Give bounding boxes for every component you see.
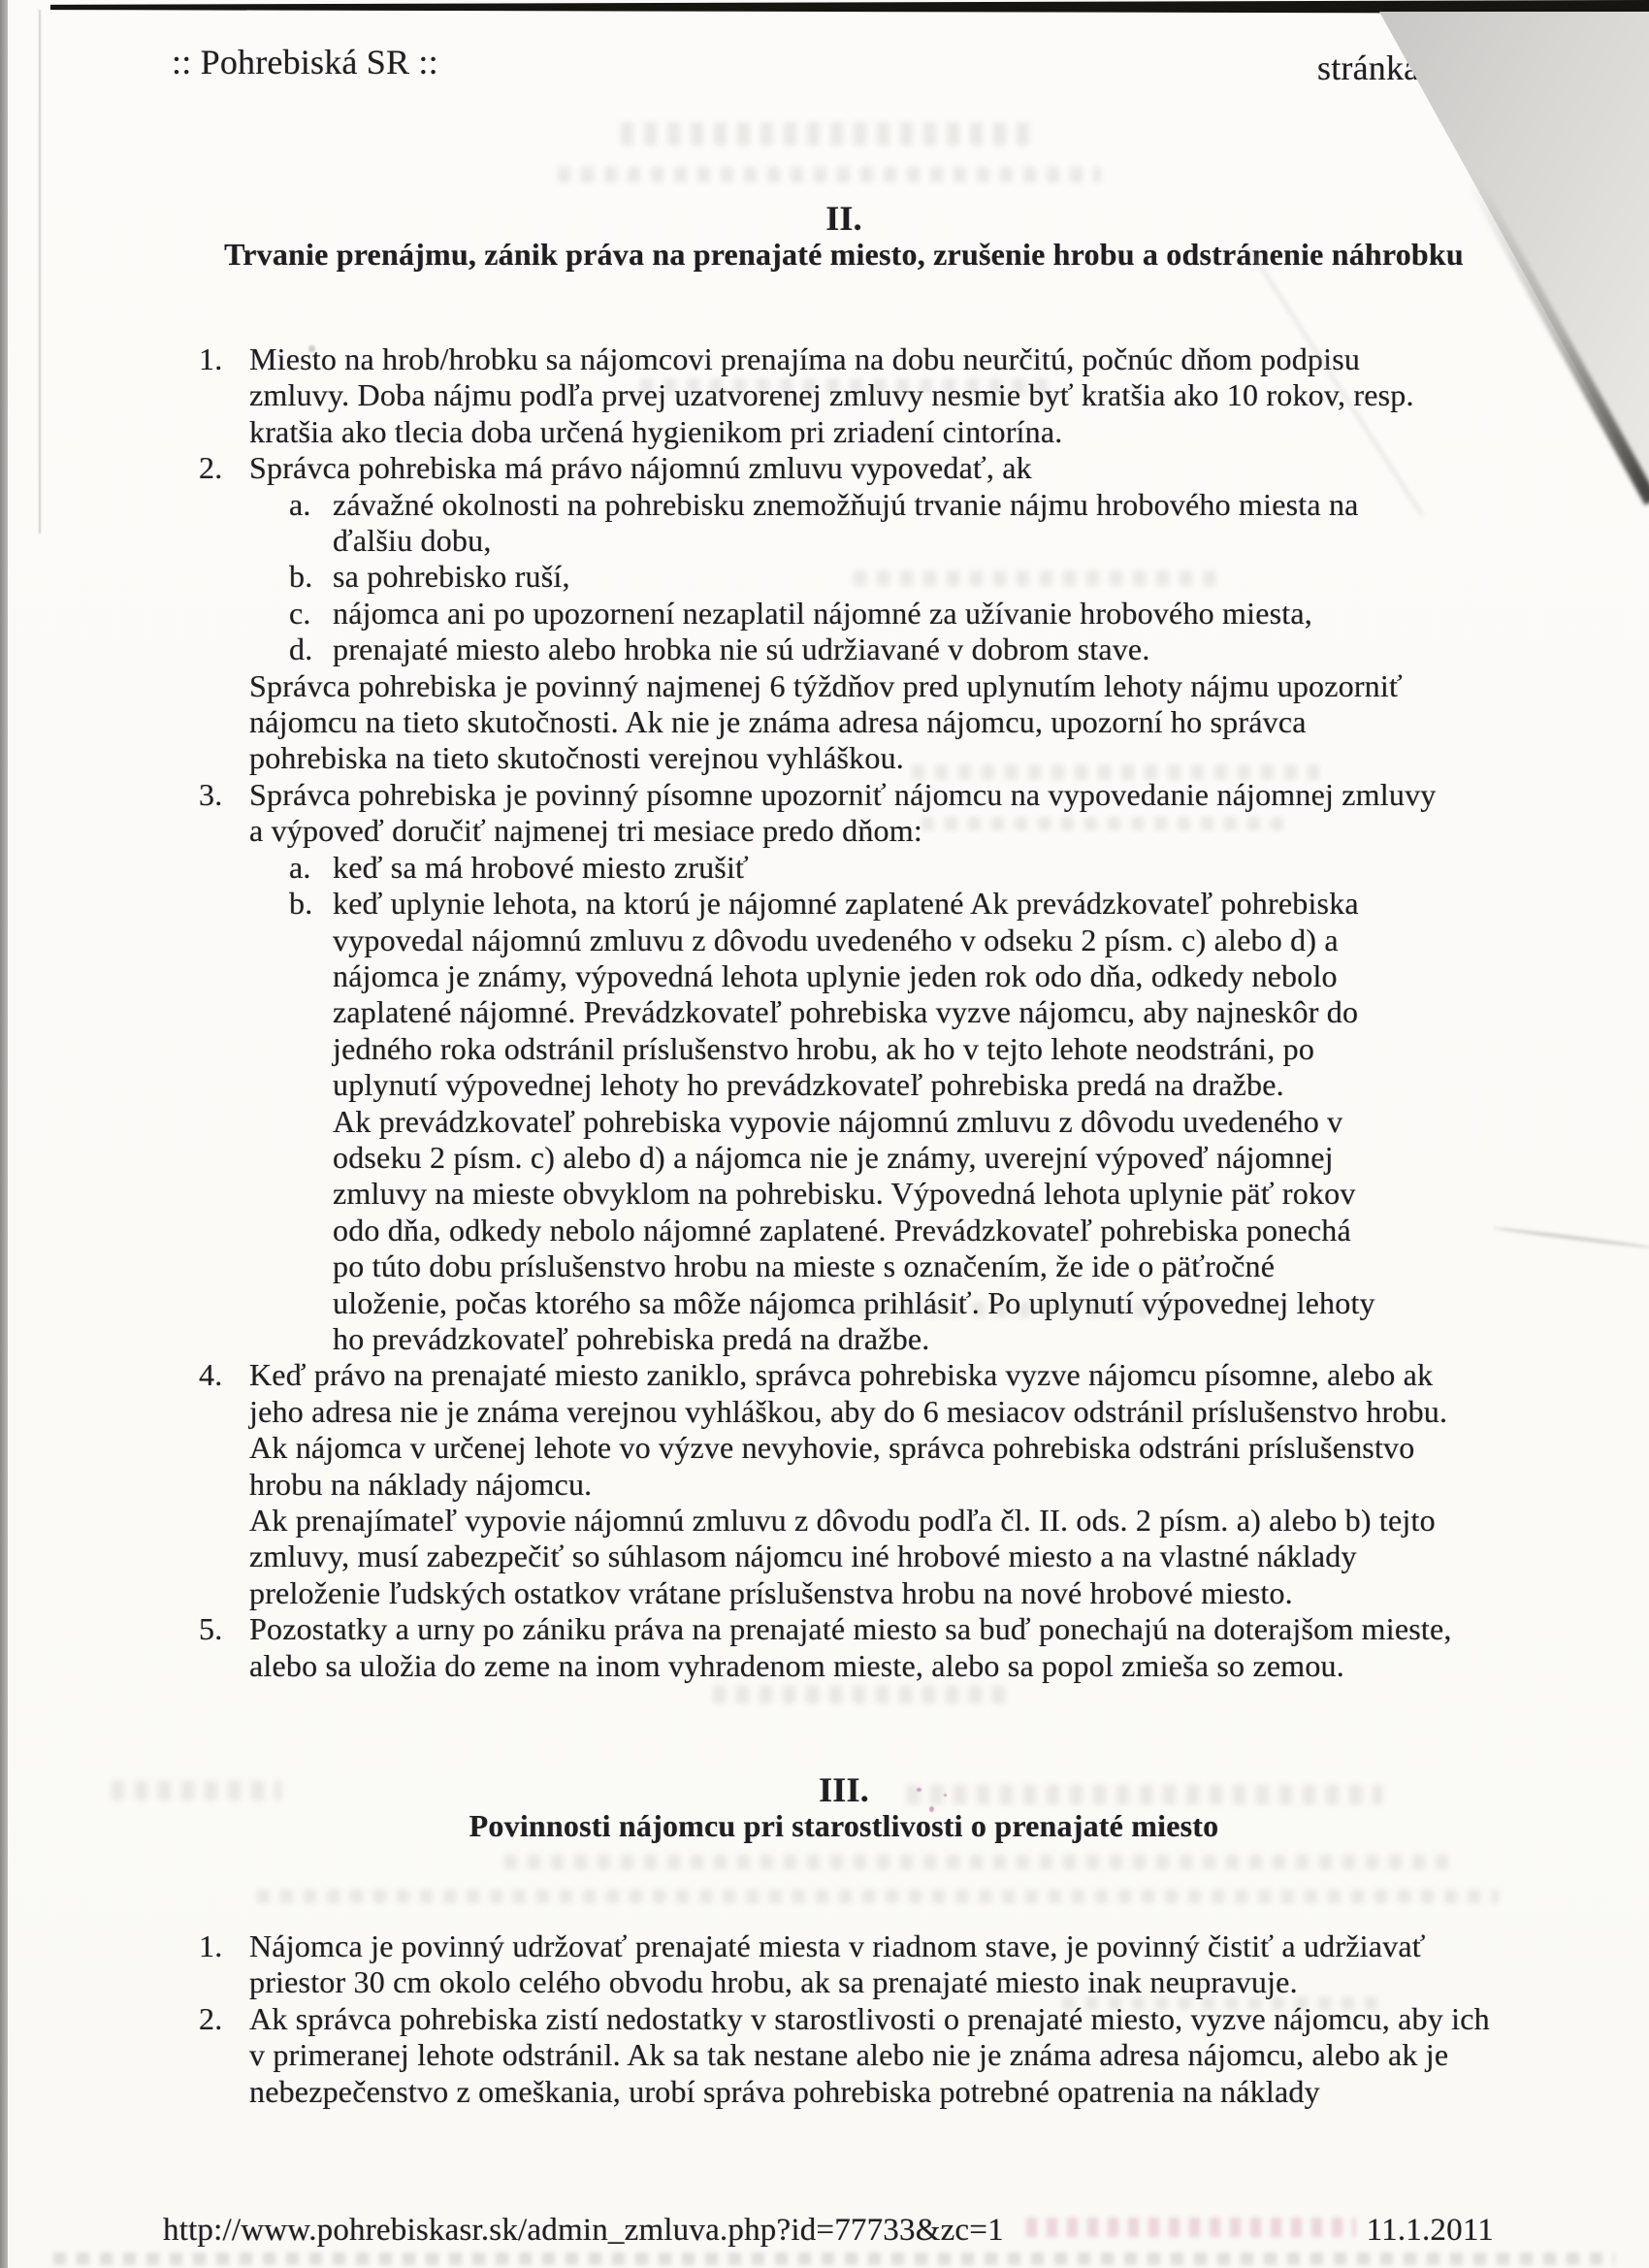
item-text: Nájomca je povinný udržovať prenajaté mi… (249, 1928, 1510, 2001)
underlying-paper-edge (39, 10, 41, 534)
item-marker: c. (289, 596, 333, 632)
bleed-through-artifact (504, 1855, 1455, 1869)
item-text: keď uplynie lehota, na ktorú je nájomné … (333, 886, 1385, 1103)
section-ii-title: Trvanie prenájmu, zánik práva na prenaja… (19, 237, 1649, 272)
scanner-edge-left (0, 0, 8, 2268)
site-header-label: :: Pohrebiská SR :: (172, 43, 438, 81)
item-text: Ak prevádzkovateľ pohrebiska vypovie náj… (333, 1104, 1385, 1358)
bleed-through-artifact (621, 122, 1038, 146)
section-iii-title: Povinnosti nájomcu pri starostlivosti o … (19, 1808, 1649, 1843)
bleed-through-artifact (53, 2252, 1615, 2265)
list-subitem-continuation: Ak prevádzkovateľ pohrebiska vypovie náj… (199, 1104, 1537, 1358)
item-text: závažné okolnosti na pohrebisku znemožňu… (333, 487, 1385, 560)
item-text: Keď právo na prenajaté miesto zaniklo, s… (249, 1357, 1452, 1503)
section-ii-number: II. (19, 200, 1649, 237)
list-subitem: d. prenajaté miesto alebo hrobka nie sú … (199, 632, 1537, 667)
list-continuation: Ak prenajímateľ vypovie nájomnú zmluvu z… (199, 1503, 1537, 1611)
item-marker: 1. (199, 341, 249, 377)
list-subitem: a. keď sa má hrobové miesto zrušiť (199, 850, 1537, 886)
item-marker: 5. (199, 1611, 249, 1647)
item-marker: 4. (199, 1357, 249, 1393)
item-marker: b. (289, 886, 333, 922)
list-subitem: a. závažné okolnosti na pohrebisku znemo… (199, 487, 1537, 560)
item-text: Pozostatky a urny po zániku práva na pre… (249, 1611, 1452, 1684)
item-marker: a. (289, 850, 333, 886)
list-item: 4. Keď právo na prenajaté miesto zaniklo… (199, 1357, 1537, 1503)
item-text: Ak prenajímateľ vypovie nájomnú zmluvu z… (249, 1503, 1452, 1611)
scanner-edge-top (50, 0, 1649, 14)
list-subitem: c. nájomca ani po upozornení nezaplatil … (199, 596, 1537, 632)
list-item: 5. Pozostatky a urny po zániku práva na … (199, 1611, 1537, 1684)
bleed-through-artifact (558, 167, 1101, 182)
item-marker: 2. (199, 450, 249, 486)
item-text: Miesto na hrob/hrobku sa nájomcovi prena… (249, 341, 1452, 450)
list-item: 2. Ak správca pohrebiska zistí nedostatk… (199, 2001, 1537, 2110)
list-subitem: b. keď uplynie lehota, na ktorú je nájom… (199, 886, 1537, 1103)
footer-date: 11.1.2011 (1367, 2212, 1494, 2249)
list-item: 1. Miesto na hrob/hrobku sa nájomcovi pr… (199, 341, 1537, 450)
item-text: Ak správca pohrebiska zistí nedostatky v… (249, 2001, 1510, 2110)
item-text: sa pohrebisko ruší, (333, 559, 570, 595)
item-marker: 1. (199, 1928, 249, 1964)
scanned-document-page: :: Pohrebiská SR :: stránka II. Trvanie … (0, 0, 1649, 2268)
item-marker: a. (289, 487, 333, 523)
bleed-through-artifact (257, 1890, 1499, 1903)
section-ii-list: 1. Miesto na hrob/hrobku sa nájomcovi pr… (199, 341, 1537, 1684)
item-text: Správca pohrebiska má právo nájomnú zmlu… (249, 450, 1032, 486)
section-iii-number: III. (19, 1771, 1649, 1808)
item-marker: 3. (199, 777, 249, 813)
item-text: prenajaté miesto alebo hrobka nie sú udr… (333, 632, 1150, 667)
item-text: nájomca ani po upozornení nezaplatil náj… (333, 596, 1312, 632)
bleed-through-artifact (713, 1686, 1014, 1703)
item-text: Správca pohrebiska je povinný najmenej 6… (249, 668, 1452, 777)
item-marker: b. (289, 559, 333, 595)
page-footer: http://www.pohrebiskasr.sk/admin_zmluva.… (163, 2212, 1494, 2249)
item-text: keď sa má hrobové miesto zrušiť (333, 850, 749, 886)
item-text: Správca pohrebiska je povinný písomne up… (249, 777, 1452, 850)
list-continuation: Správca pohrebiska je povinný najmenej 6… (199, 668, 1537, 777)
list-item: 3. Správca pohrebiska je povinný písomne… (199, 777, 1537, 850)
list-item: 1. Nájomca je povinný udržovať prenajaté… (199, 1928, 1537, 2001)
item-marker: 2. (199, 2001, 249, 2037)
list-item: 2. Správca pohrebiska má právo nájomnú z… (199, 450, 1537, 486)
section-iii-list: 1. Nájomca je povinný udržovať prenajaté… (199, 1928, 1537, 2110)
footer-url: http://www.pohrebiskasr.sk/admin_zmluva.… (163, 2212, 1004, 2249)
item-marker: d. (289, 632, 333, 667)
list-subitem: b. sa pohrebisko ruší, (199, 559, 1537, 595)
